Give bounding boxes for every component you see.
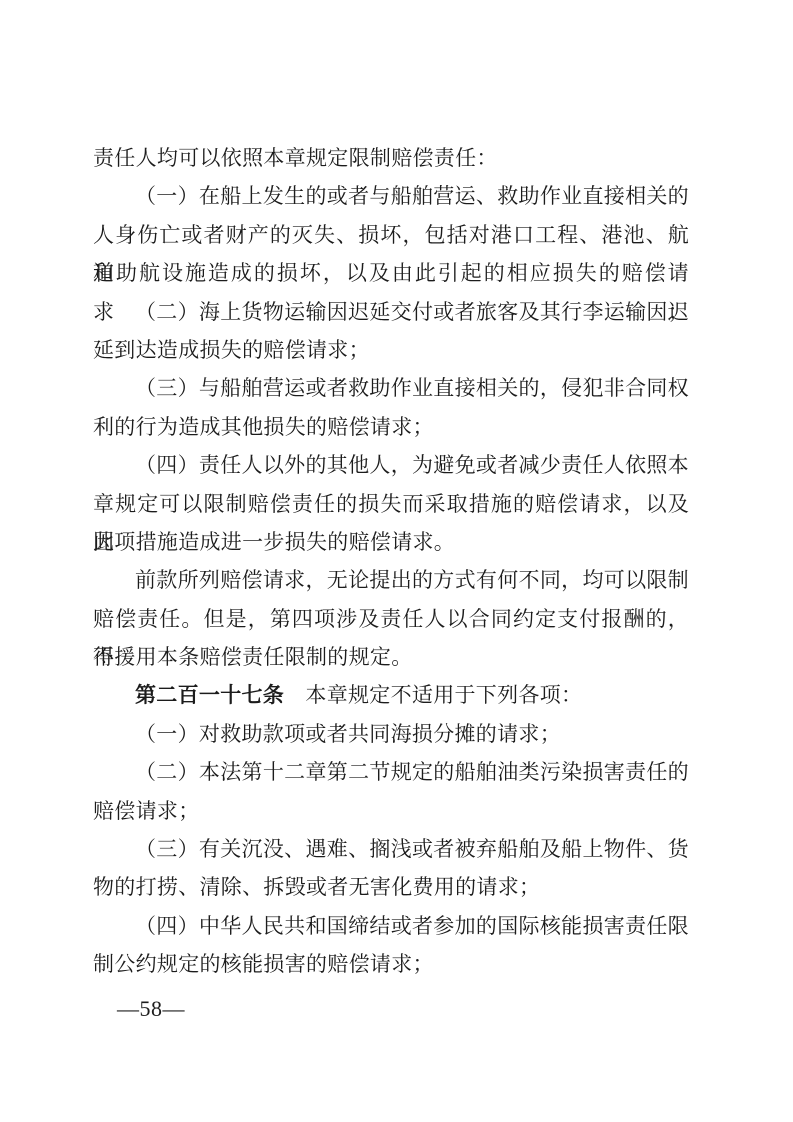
text-line: 利的行为造成其他损失的赔偿请求； bbox=[93, 408, 689, 446]
text-line: 第二百一十七条 本章规定不适用于下列各项： bbox=[93, 676, 689, 714]
text-line: （四）责任人以外的其他人，为避免或者减少责任人依照本 bbox=[93, 446, 689, 484]
text-line: 赔偿请求； bbox=[93, 792, 689, 830]
text-line: 责任人均可以依照本章规定限制赔偿责任： bbox=[93, 139, 689, 177]
text-line: 得援用本条赔偿责任限制的规定。 bbox=[93, 638, 689, 676]
text-line: （三）与船舶营运或者救助作业直接相关的，侵犯非合同权 bbox=[93, 369, 689, 407]
page-number: —58— bbox=[117, 996, 185, 1022]
document-page: 责任人均可以依照本章规定限制赔偿责任：（一）在船上发生的或者与船舶营运、救助作业… bbox=[0, 0, 793, 1122]
text-line: （三）有关沉没、遇难、搁浅或者被弃船舶及船上物件、货 bbox=[93, 830, 689, 868]
text-line: 此项措施造成进一步损失的赔偿请求。 bbox=[93, 523, 689, 561]
text-line: （二）本法第十二章第二节规定的船舶油类污染损害责任的 bbox=[93, 753, 689, 791]
text-line: 延到达造成损失的赔偿请求； bbox=[93, 331, 689, 369]
text-line: （一）在船上发生的或者与船舶营运、救助作业直接相关的 bbox=[93, 177, 689, 215]
text-line: 和助航设施造成的损坏，以及由此引起的相应损失的赔偿请求； bbox=[93, 254, 689, 292]
text-block: 责任人均可以依照本章规定限制赔偿责任：（一）在船上发生的或者与船舶营运、救助作业… bbox=[93, 139, 689, 984]
text-line: （二）海上货物运输因迟延交付或者旅客及其行李运输因迟 bbox=[93, 293, 689, 331]
text-line: 制公约规定的核能损害的赔偿请求； bbox=[93, 945, 689, 983]
text-line: 章规定可以限制赔偿责任的损失而采取措施的赔偿请求，以及因 bbox=[93, 485, 689, 523]
article-number-bold: 第二百一十七条 bbox=[135, 683, 284, 707]
text-line: （一）对救助款项或者共同海损分摊的请求； bbox=[93, 715, 689, 753]
text-line: （四）中华人民共和国缔结或者参加的国际核能损害责任限 bbox=[93, 907, 689, 945]
text-line: 物的打捞、清除、拆毁或者无害化费用的请求； bbox=[93, 868, 689, 906]
text-line: 人身伤亡或者财产的灭失、损坏，包括对港口工程、港池、航道 bbox=[93, 216, 689, 254]
text-line: 赔偿责任。但是，第四项涉及责任人以合同约定支付报酬的，不 bbox=[93, 600, 689, 638]
text-line: 前款所列赔偿请求，无论提出的方式有何不同，均可以限制 bbox=[93, 561, 689, 599]
